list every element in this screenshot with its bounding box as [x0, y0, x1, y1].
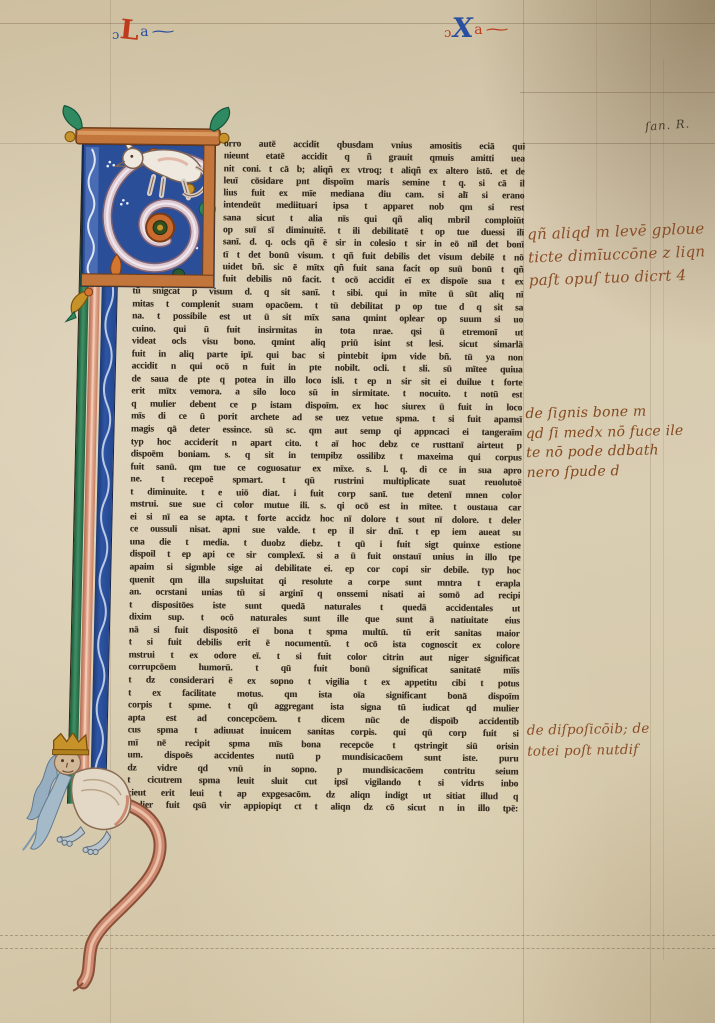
initial-top-bar: [76, 128, 220, 146]
margin-note-3: de diſpoſicōib; detotei poſt nutdif: [527, 717, 715, 762]
text-column-beside-initial: orro autē accidit qbusdam vnius amositis…: [222, 138, 525, 289]
margin-note-1: qñ aliqd m levē gploueticte dimīuccōne z…: [527, 217, 715, 293]
illuminated-initial-P: [56, 104, 233, 296]
margin-note-2: de ſignis bone mqd ſi medx nō fuce ilete…: [525, 401, 715, 483]
dragon-tail: [73, 803, 160, 992]
king-head: [52, 733, 88, 775]
dragon-claws: [57, 827, 111, 855]
manuscript-page: ɔ L a ∼ ɔ X a ∼ ſan. R.: [0, 0, 715, 1023]
margin-note-line: totei poſt nutdif: [527, 738, 715, 762]
dragon-terminal: [21, 732, 189, 994]
margin-note-line: nero ſpude d: [526, 459, 715, 483]
page-content: orro autē accidit qbusdam vnius amositis…: [0, 0, 715, 1023]
dragon-body: [71, 768, 131, 830]
initial-right-frame: [202, 145, 214, 287]
